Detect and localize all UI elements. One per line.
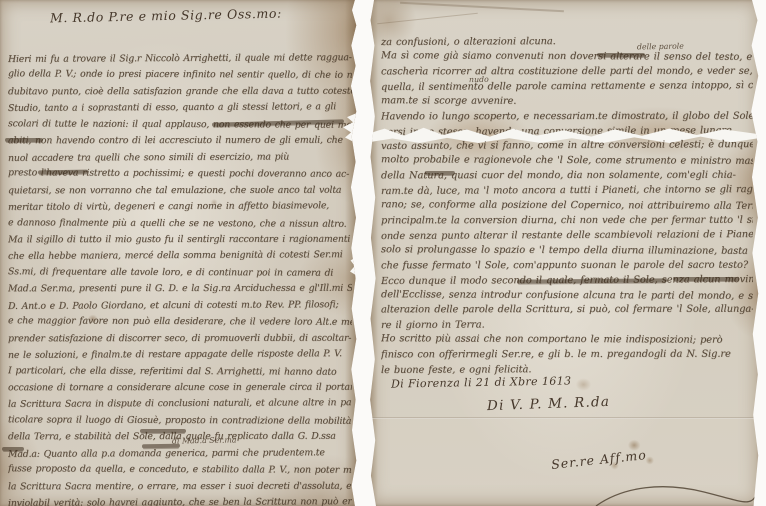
ink-cancellation — [425, 171, 455, 175]
handwriting-line: Mad.a: Quanto alla p.a domanda generica,… — [8, 447, 352, 460]
handwriting-line: solo si prolungasse lo spazio e 'l tempo… — [381, 244, 753, 257]
handwriting-line: la Scrittura Sacra mentire, o errare, ma… — [8, 480, 352, 492]
ink-cancellation — [597, 53, 645, 57]
interlinear-insertion: di Mad.a Ser.ma — [172, 435, 237, 445]
handwriting-line: vasto assunto, che vi si fanno, come in … — [381, 139, 753, 152]
handwriting-line: e che maggior favore non può ella deside… — [8, 315, 352, 328]
handwriting-line: re il giorno in Terra. — [381, 318, 753, 331]
handwriting-line: glio della P. V.; onde io presi piacere … — [8, 69, 352, 82]
handwriting-line: dell'Ecclisse, senza introdur confusione… — [381, 289, 753, 302]
handwriting-line: Hieri mi fu a trovare il Sig.r Niccolò A… — [8, 52, 352, 65]
body-text-right-main: vasto assunto, che vi si fanno, come in … — [369, 0, 759, 506]
handwriting-line: I particolari, che ella disse, referitim… — [8, 365, 352, 378]
ink-cancellation — [673, 277, 739, 281]
manuscript-page-left: M. R.do P.re e mio Sig.re Oss.mo: Hieri … — [0, 0, 357, 506]
handwriting-line: molto probabile e ragionevole che 'l Sol… — [381, 154, 753, 167]
handwriting-line: ticolare sopra il luogo di Giosuè, propo… — [8, 414, 352, 427]
handwriting-line: Mad.a Ser.ma, presenti pure il G. D. e l… — [8, 283, 352, 295]
ink-cancellation — [142, 444, 180, 449]
handwriting-line: ne le soluzioni, e finalm.te di restare … — [8, 348, 352, 361]
handwriting-line: ram.te dà, luce, ma 'l moto ancora a tut… — [381, 184, 753, 197]
manuscript-page-right: za confusioni, o alterazioni alcuna.Ma s… — [369, 0, 759, 506]
handwriting-line: meritar titolo di virtù, degeneri e cang… — [8, 200, 352, 213]
handwriting-line: Ss.mi, di frequentare alle tavole loro, … — [8, 266, 352, 279]
handwriting-line: fusse proposto da quella, e conceduto, e… — [8, 463, 352, 476]
handwriting-line: e dannoso finalmente più a quelli che se… — [8, 217, 352, 230]
handwriting-line: alterazion delle parole della Scrittura,… — [381, 304, 753, 316]
handwriting-line: finisco con offerirmegli Ser.re, e gli b… — [381, 349, 753, 361]
handwriting-line: inviolabil verità: solo havrei aggiunto,… — [8, 496, 352, 506]
handwriting-line: la Scrittura Sacra in dispute di conclus… — [8, 398, 352, 411]
ink-cancellation — [5, 138, 43, 142]
handwriting-line: principalm.te la conversion diurna, chi … — [381, 214, 753, 226]
ink-cancellation — [2, 447, 24, 451]
handwriting-line: onde senza punto alterar il restante del… — [381, 229, 753, 242]
handwriting-line: abiti, non havendo contro di lei accresc… — [8, 135, 352, 147]
handwriting-line: dubitavo punto, cioè della satisfazion g… — [8, 86, 352, 98]
handwriting-line: nuol accadere tra quelli che sono simili… — [8, 151, 352, 164]
handwriting-line: rano; se, conforme alla posizione del Co… — [381, 199, 753, 212]
handwriting-line: D. Ant.o e D. Paolo Giordano, et alcuni … — [8, 299, 352, 312]
handwriting-line: quietarsi, se non vorranno che tal emula… — [8, 184, 352, 196]
ink-cancellation — [140, 429, 186, 433]
handwriting-line: che ella hebbe maniera, mercé della somm… — [8, 249, 352, 262]
handwriting-line: Ho scritto più assai che non comportano … — [381, 334, 753, 347]
manuscript-photo: M. R.do P.re e mio Sig.re Oss.mo: Hieri … — [0, 0, 766, 506]
signature-flourish-icon — [594, 482, 759, 506]
handwriting-line: che fusse fermato 'l Sole, com'appunto s… — [381, 259, 753, 271]
handwriting-line: prender satisfazione di discorrer seco, … — [8, 332, 352, 344]
handwriting-line: Ma il sigillo di tutto il mio gusto fu i… — [8, 234, 352, 246]
fold-crease — [369, 417, 759, 419]
handwriting-line: Studio, tanto a i soprastanti di esso, q… — [8, 101, 352, 114]
handwriting-line: occasione di tornare a considerare alcun… — [8, 382, 352, 394]
